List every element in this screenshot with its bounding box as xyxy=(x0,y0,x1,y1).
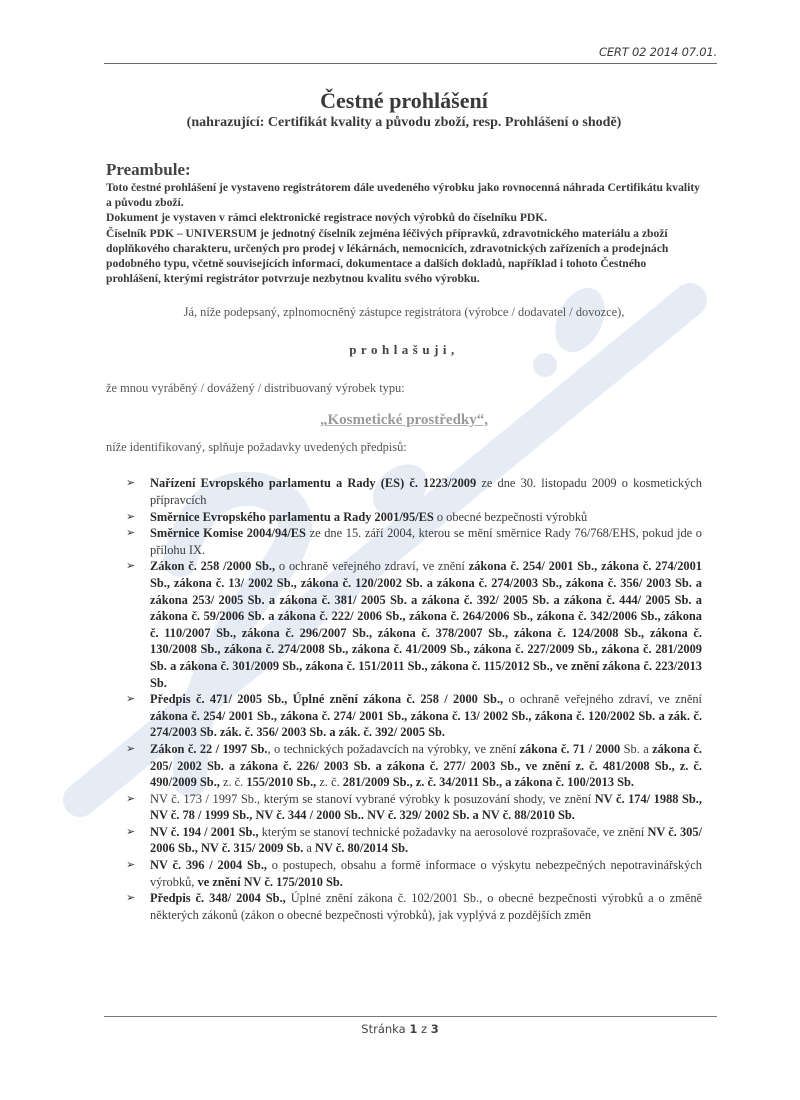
arrow-bullet-icon: ➢ xyxy=(126,741,135,758)
regulation-item: ➢NV č. 396 / 2004 Sb., o postupech, obsa… xyxy=(126,857,702,890)
regulation-reference: Zákon č. 22 / 1997 Sb. xyxy=(150,742,268,756)
regulation-text: NV č. 173 / 1997 Sb., kterým se stanoví … xyxy=(150,792,595,806)
regulation-text: Sb. a xyxy=(620,742,652,756)
product-type: „Kosmetické prostředky“, xyxy=(106,412,702,429)
regulation-reference: Předpis č. 348/ 2004 Sb., xyxy=(150,891,286,905)
declarant-intro: Já, níže podepsaný, zplnomocněný zástupc… xyxy=(106,304,702,320)
arrow-bullet-icon: ➢ xyxy=(126,824,135,841)
regulation-item: ➢Směrnice Evropského parlamentu a Rady 2… xyxy=(126,509,702,526)
arrow-bullet-icon: ➢ xyxy=(126,791,135,808)
regulation-item: ➢Nařízení Evropského parlamentu a Rady (… xyxy=(126,475,702,508)
regulation-text: , o technických požadavcích na výrobky, … xyxy=(268,742,520,756)
regulations-list: ➢Nařízení Evropského parlamentu a Rady (… xyxy=(106,475,702,923)
regulation-item: ➢Zákon č. 258 /2000 Sb., o ochraně veřej… xyxy=(126,558,702,691)
regulation-reference: zákona č. 254/ 2001 Sb., zákona č. 274/ … xyxy=(150,709,702,740)
regulation-item: ➢NV č. 194 / 2001 Sb., kterým se stanoví… xyxy=(126,824,702,857)
regulation-text: z. č. xyxy=(316,775,343,789)
footer-divider xyxy=(104,1016,717,1017)
page-number: Stránka 1 z 3 xyxy=(0,1022,800,1036)
arrow-bullet-icon: ➢ xyxy=(126,525,135,542)
header-divider xyxy=(104,63,717,64)
regulation-reference: NV č. 80/2014 Sb. xyxy=(315,841,408,855)
regulation-reference: NV č. 396 / 2004 Sb., xyxy=(150,858,267,872)
declaration-verb: prohlašuji, xyxy=(106,342,702,358)
document-subtitle: (nahrazující: Certifikát kvality a původ… xyxy=(106,114,702,132)
preamble-paragraph: Číselník PDK – UNIVERSUM je jednotný čís… xyxy=(106,226,702,287)
regulation-reference: Nařízení Evropského parlamentu a Rady (E… xyxy=(150,476,476,490)
regulation-reference: Předpis č. 471/ 2005 Sb., Úplné znění zá… xyxy=(150,692,503,706)
regulation-item: ➢Směrnice Komise 2004/94/ES ze dne 15. z… xyxy=(126,525,702,558)
regulation-item: ➢Předpis č. 348/ 2004 Sb., Úplné znění z… xyxy=(126,890,702,923)
regulation-text: o ochraně veřejného zdraví, ve znění xyxy=(275,559,469,573)
regulation-item: ➢Zákon č. 22 / 1997 Sb., o technických p… xyxy=(126,741,702,791)
regulation-text: z. č. xyxy=(220,775,247,789)
preamble-paragraph: Dokument je vystaven v rámci elektronick… xyxy=(106,210,702,225)
arrow-bullet-icon: ➢ xyxy=(126,691,135,708)
page-separator: z xyxy=(421,1022,427,1036)
regulation-reference: zákona č. 71 / 2000 xyxy=(520,742,621,756)
regulation-item: ➢NV č. 173 / 1997 Sb., kterým se stanoví… xyxy=(126,791,702,824)
document-code: CERT 02 2014 07.01. xyxy=(599,45,717,59)
document-title: Čestné prohlášení xyxy=(106,88,702,114)
regulation-text: o ochraně veřejného zdraví, ve znění xyxy=(503,692,702,706)
arrow-bullet-icon: ➢ xyxy=(126,509,135,526)
preamble-paragraph: Toto čestné prohlášení je vystaveno regi… xyxy=(106,180,702,210)
regulation-reference: NV č. 194 / 2001 Sb., xyxy=(150,825,259,839)
preamble-heading: Preambule: xyxy=(106,160,702,180)
regulation-text: o obecné bezpečnosti výrobků xyxy=(434,510,587,524)
regulation-reference: ve znění NV č. 175/2010 Sb. xyxy=(198,875,343,889)
arrow-bullet-icon: ➢ xyxy=(126,890,135,907)
requirements-intro: níže identifikovaný, splňuje požadavky u… xyxy=(106,439,702,455)
arrow-bullet-icon: ➢ xyxy=(126,558,135,575)
regulation-reference: 155/2010 Sb., xyxy=(246,775,316,789)
arrow-bullet-icon: ➢ xyxy=(126,475,135,492)
page-label: Stránka xyxy=(361,1022,405,1036)
arrow-bullet-icon: ➢ xyxy=(126,857,135,874)
regulation-reference: Zákon č. 258 /2000 Sb., xyxy=(150,559,275,573)
regulation-text: a xyxy=(303,841,315,855)
page-current: 1 xyxy=(409,1022,417,1036)
regulation-reference: zákona č. 254/ 2001 Sb., zákona č. 274/2… xyxy=(150,559,702,689)
regulation-text: kterým se stanoví technické požadavky na… xyxy=(259,825,648,839)
regulation-reference: 281/2009 Sb., z. č. 34/2011 Sb., a zákon… xyxy=(343,775,634,789)
preamble-section: Preambule: Toto čestné prohlášení je vys… xyxy=(106,160,702,286)
document-body: Čestné prohlášení (nahrazující: Certifik… xyxy=(106,88,702,923)
regulation-reference: Směrnice Komise 2004/94/ES xyxy=(150,526,306,540)
regulation-item: ➢Předpis č. 471/ 2005 Sb., Úplné znění z… xyxy=(126,691,702,741)
product-type-intro: že mnou vyráběný / dovážený / distribuov… xyxy=(106,380,702,396)
regulation-reference: Směrnice Evropského parlamentu a Rady 20… xyxy=(150,510,434,524)
page-total: 3 xyxy=(431,1022,439,1036)
